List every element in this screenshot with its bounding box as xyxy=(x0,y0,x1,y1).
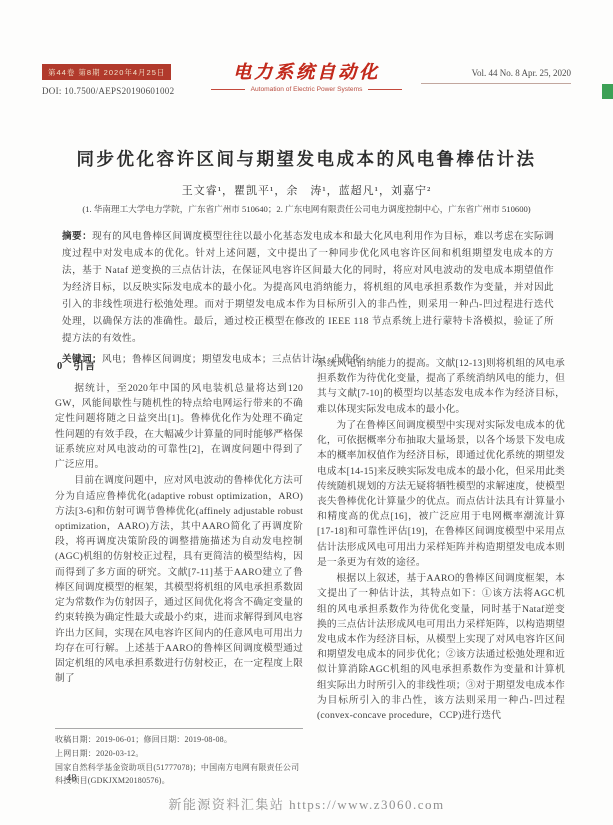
journal-subtitle-row: Automation of Electric Power Systems xyxy=(212,86,401,93)
volume-info: Vol. 44 No. 8 Apr. 25, 2020 xyxy=(421,68,571,84)
journal-page: 第44卷 第8期 2020年4月25日 DOI: 10.7500/AEPS201… xyxy=(0,0,613,825)
footnote-dates: 收稿日期：2019-06-01；修回日期：2019-08-08。 xyxy=(55,734,303,747)
watermark-text: 新能源资料汇集站 https://www.z3060.com xyxy=(0,794,613,813)
journal-logo: 电力系统自动化 xyxy=(212,58,401,84)
journal-header: 第44卷 第8期 2020年4月25日 DOI: 10.7500/AEPS201… xyxy=(42,58,571,108)
footnote-funding: 国家自然科学基金资助项目(51777078)；中国南方电网有限责任公司科技项目(… xyxy=(55,762,303,788)
footnote-block: 收稿日期：2019-06-01；修回日期：2019-08-08。 上网日期：20… xyxy=(55,728,303,788)
paper-title: 同步优化容许区间与期望发电成本的风电鲁棒估计法 xyxy=(40,146,573,171)
logo-rule-right xyxy=(368,89,402,90)
right-column: 系统风电消纳能力的提高。文献[12-13]则将机组的风电承担系数作为待优化变量，… xyxy=(317,356,565,788)
body-columns: 0引言 据统计，至2020年中国的风电装机总量将达到120 GW，风能间歇性与随… xyxy=(55,356,565,788)
journal-logo-block: 电力系统自动化 Automation of Electric Power Sys… xyxy=(212,58,401,93)
affiliation-line: (1. 华南理工大学电力学院，广东省广州市 510640；2. 广东电网有限责任… xyxy=(40,203,573,215)
abstract-label: 摘要： xyxy=(62,231,92,242)
journal-subtitle: Automation of Electric Power Systems xyxy=(251,86,363,93)
section-title: 引言 xyxy=(73,361,96,372)
page-number: 48 xyxy=(66,773,77,784)
abstract-paragraph: 摘要：现有的风电鲁棒区间调度模型往往以最小化基态发电成本和最大化风电利用作为目标… xyxy=(62,228,554,347)
section-heading: 0引言 xyxy=(57,358,303,373)
body-paragraph: 据统计，至2020年中国的风电装机总量将达到120 GW，风能间歇性与随机性的特… xyxy=(55,381,303,472)
logo-rule-left xyxy=(211,89,245,90)
left-column: 0引言 据统计，至2020年中国的风电装机总量将达到120 GW，风能间歇性与随… xyxy=(55,356,303,788)
footnote-online-date: 上网日期：2020-03-12。 xyxy=(55,748,303,761)
body-paragraph: 系统风电消纳能力的提高。文献[12-13]则将机组的风电承担系数作为待优化变量，… xyxy=(317,356,565,417)
doi-text: DOI: 10.7500/AEPS20190601002 xyxy=(42,86,232,96)
section-number: 0 xyxy=(57,361,63,372)
body-paragraph: 根据以上叙述，基于AARO的鲁棒区间调度框架，本文提出了一种估计法，其特点如下：… xyxy=(317,571,565,723)
authors-line: 王文睿¹，瞿凯平¹，余 涛¹，蓝超凡¹，刘嘉宁² xyxy=(40,182,573,198)
abstract-block: 摘要：现有的风电鲁棒区间调度模型往往以最小化基态发电成本和最大化风电利用作为目标… xyxy=(62,228,554,369)
abstract-text: 现有的风电鲁棒区间调度模型往往以最小化基态发电成本和最大化风电利用作为目标，难以… xyxy=(62,231,554,344)
header-left: 第44卷 第8期 2020年4月25日 DOI: 10.7500/AEPS201… xyxy=(42,62,232,96)
body-paragraph: 目前在调度问题中，应对风电波动的鲁棒优化方法可分为自适应鲁棒优化(adaptiv… xyxy=(55,473,303,686)
body-paragraph: 为了在鲁棒区间调度模型中实现对实际发电成本的优化，可依据概率分布抽取大量场景，以… xyxy=(317,418,565,570)
edge-green-mark xyxy=(602,84,613,99)
issue-badge: 第44卷 第8期 2020年4月25日 xyxy=(42,64,171,80)
